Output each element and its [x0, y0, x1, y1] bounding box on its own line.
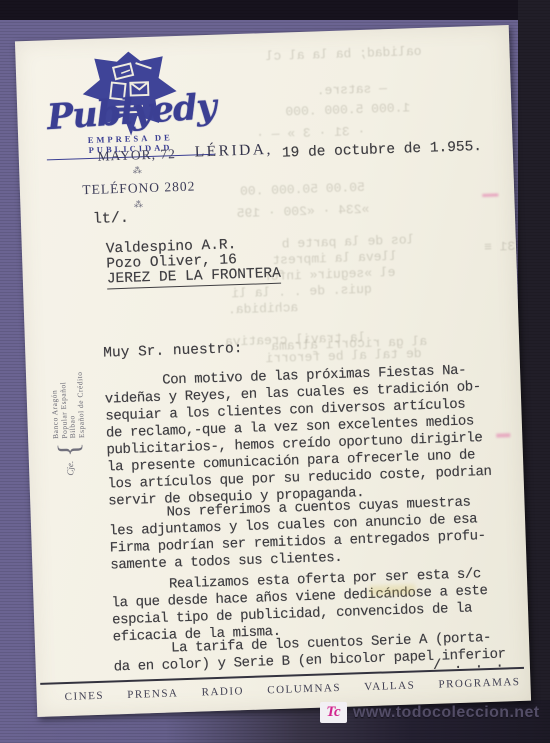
scan-background-top-band	[0, 0, 550, 20]
service-label: VALLAS	[364, 679, 415, 693]
scanned-letter-photo: { "letterhead": { "company_name": "Publy…	[0, 0, 550, 743]
letter-body: Con motivo de las próximas Fiestas Na-vi…	[15, 25, 531, 717]
yellow-smudge-artifact	[369, 584, 415, 596]
watermark-url-text: www.todocoleccion.net	[353, 704, 540, 722]
body-paragraph: Nos referimos a cuentos cuyas muestrasle…	[108, 493, 520, 575]
todocoleccion-watermark: Tc www.todocoleccion.net	[320, 702, 540, 723]
service-label: PRENSA	[127, 687, 179, 701]
letter-paper: Publyedy EMPRESA DE PUBLICIDAD MAYOR, 72…	[15, 25, 531, 717]
body-paragraph: Con motivo de las próximas Fiestas Na-vi…	[104, 361, 518, 511]
service-label: COLUMNAS	[267, 682, 341, 696]
tc-logo-icon: Tc	[320, 702, 347, 723]
pink-ink-artifact	[496, 433, 510, 437]
pink-ink-artifact	[482, 193, 498, 197]
service-label: CINES	[64, 690, 104, 703]
service-label: RADIO	[201, 685, 244, 698]
